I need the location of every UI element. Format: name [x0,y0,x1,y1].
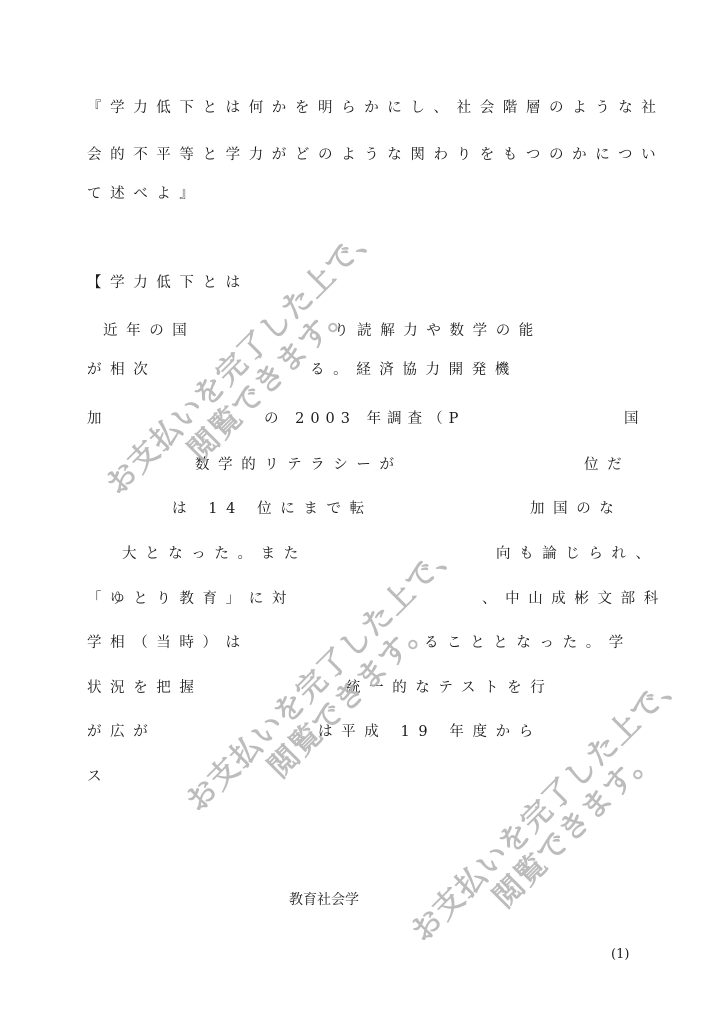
body-fragment: 国 [624,410,647,428]
body-fragment: 数学的リテラシーが [195,456,403,474]
body-fragment: 、中山成彬文部科 [482,590,667,608]
body-fragment: 状況を把握 [87,679,203,697]
watermark-line-1: お支払いを完了した上で、 [405,662,692,949]
question-line-1: 『学力低下とは何かを明らかにし、社会階層のような社 [87,99,665,117]
question-line-2: 会的不平等と学力がどのような関わりをもつのかについ [87,146,664,164]
body-fragment: 「ゆとり教育」に対 [87,590,295,608]
body-fragment: り読解力や数学の能 [334,322,542,340]
body-fragment: ス [87,768,110,786]
body-fragment: 統一的なテストを行 [346,679,553,697]
section-heading: 【学力低下とは [87,274,249,292]
document-page: 『学力低下とは何かを明らかにし、社会階層のような社 会的不平等と学力がどのような… [0,0,725,1024]
body-fragment: が相次 [87,361,156,379]
course-title: 教育社会学 [289,889,359,909]
body-fragment: る。経済協力開発機 [310,361,518,379]
body-fragment: 近年の国 [103,322,195,340]
body-fragment: は 14 位にまで転 [172,500,373,518]
page-number: (1) [611,947,629,962]
body-fragment: 位だ [584,456,630,474]
question-line-3: て述べよ』 [87,185,203,203]
body-fragment: が広が [87,723,156,741]
body-fragment: 向も論じられ、 [496,545,659,563]
body-fragment: 加 [87,410,110,428]
body-fragment: 大となった。また [122,545,307,563]
body-fragment: 加国のな [530,500,622,518]
body-fragment: の 2003 年調査（P [264,410,464,428]
watermark-line-1: お支払いを完了した上で、 [180,532,467,819]
body-fragment: ることとなった。学 [424,634,632,652]
body-fragment: 学相（当時）は [87,634,249,652]
body-fragment: は平成 19 年度から [318,723,542,741]
watermark: お支払いを完了した上で、 閲覧できます。 [405,662,716,973]
